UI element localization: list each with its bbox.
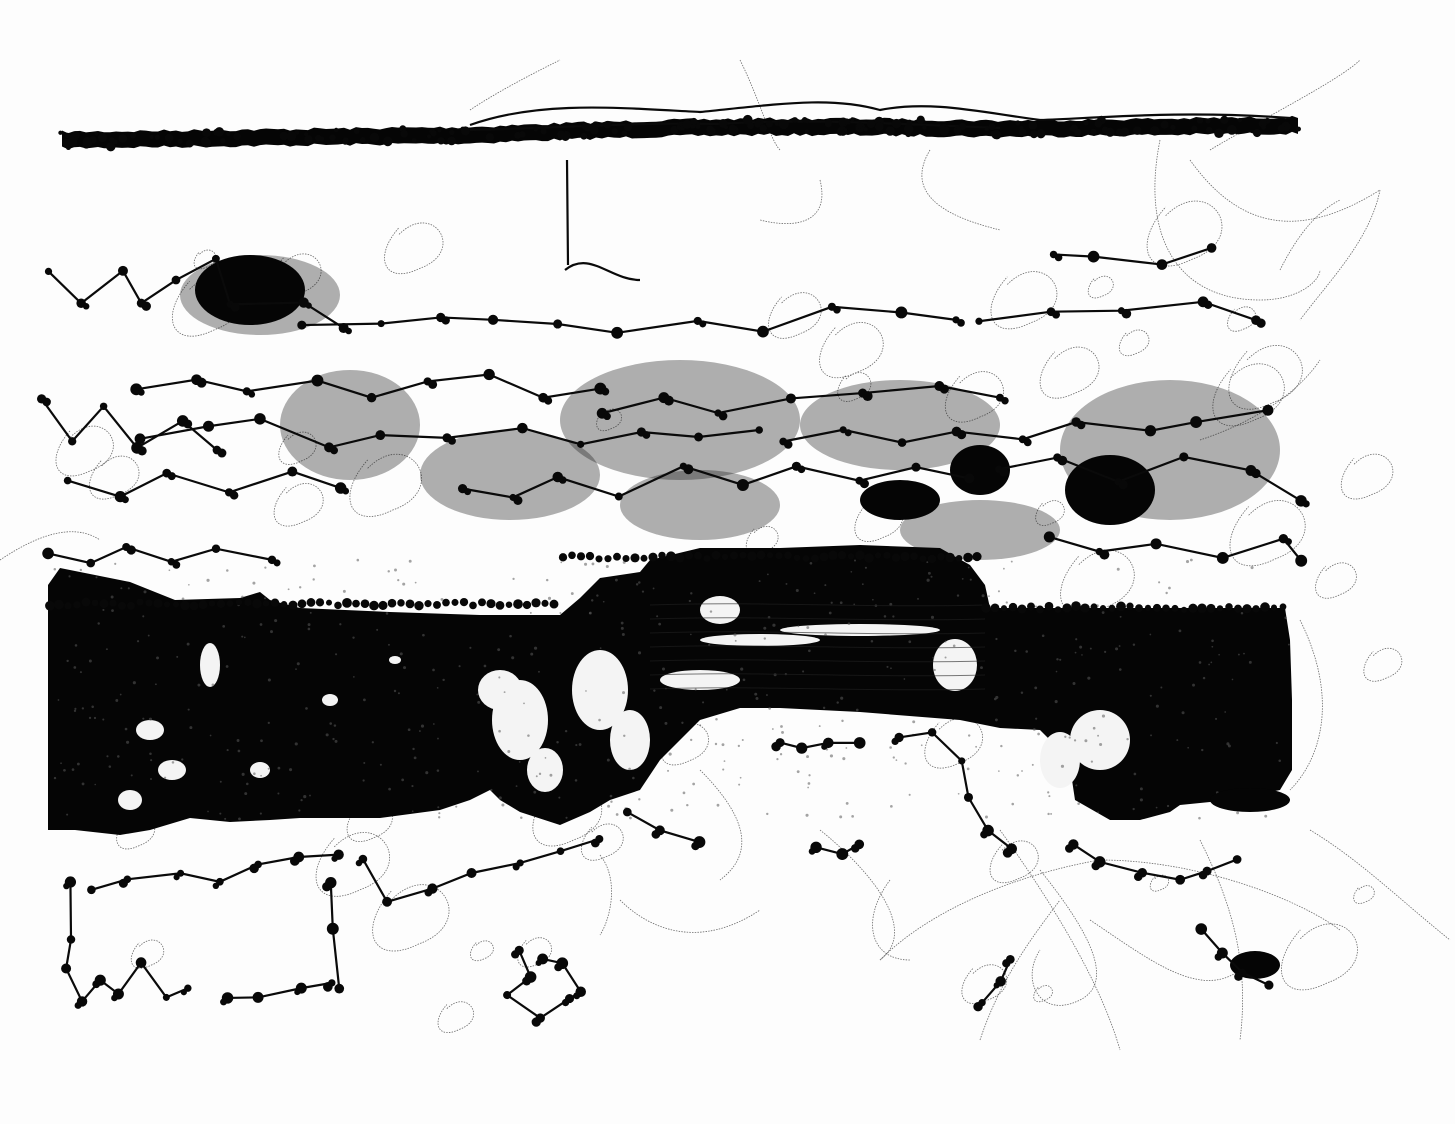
embroidery-artwork bbox=[0, 0, 1455, 1124]
beaded-mass bbox=[48, 116, 1298, 979]
artwork-canvas bbox=[0, 0, 1455, 1124]
